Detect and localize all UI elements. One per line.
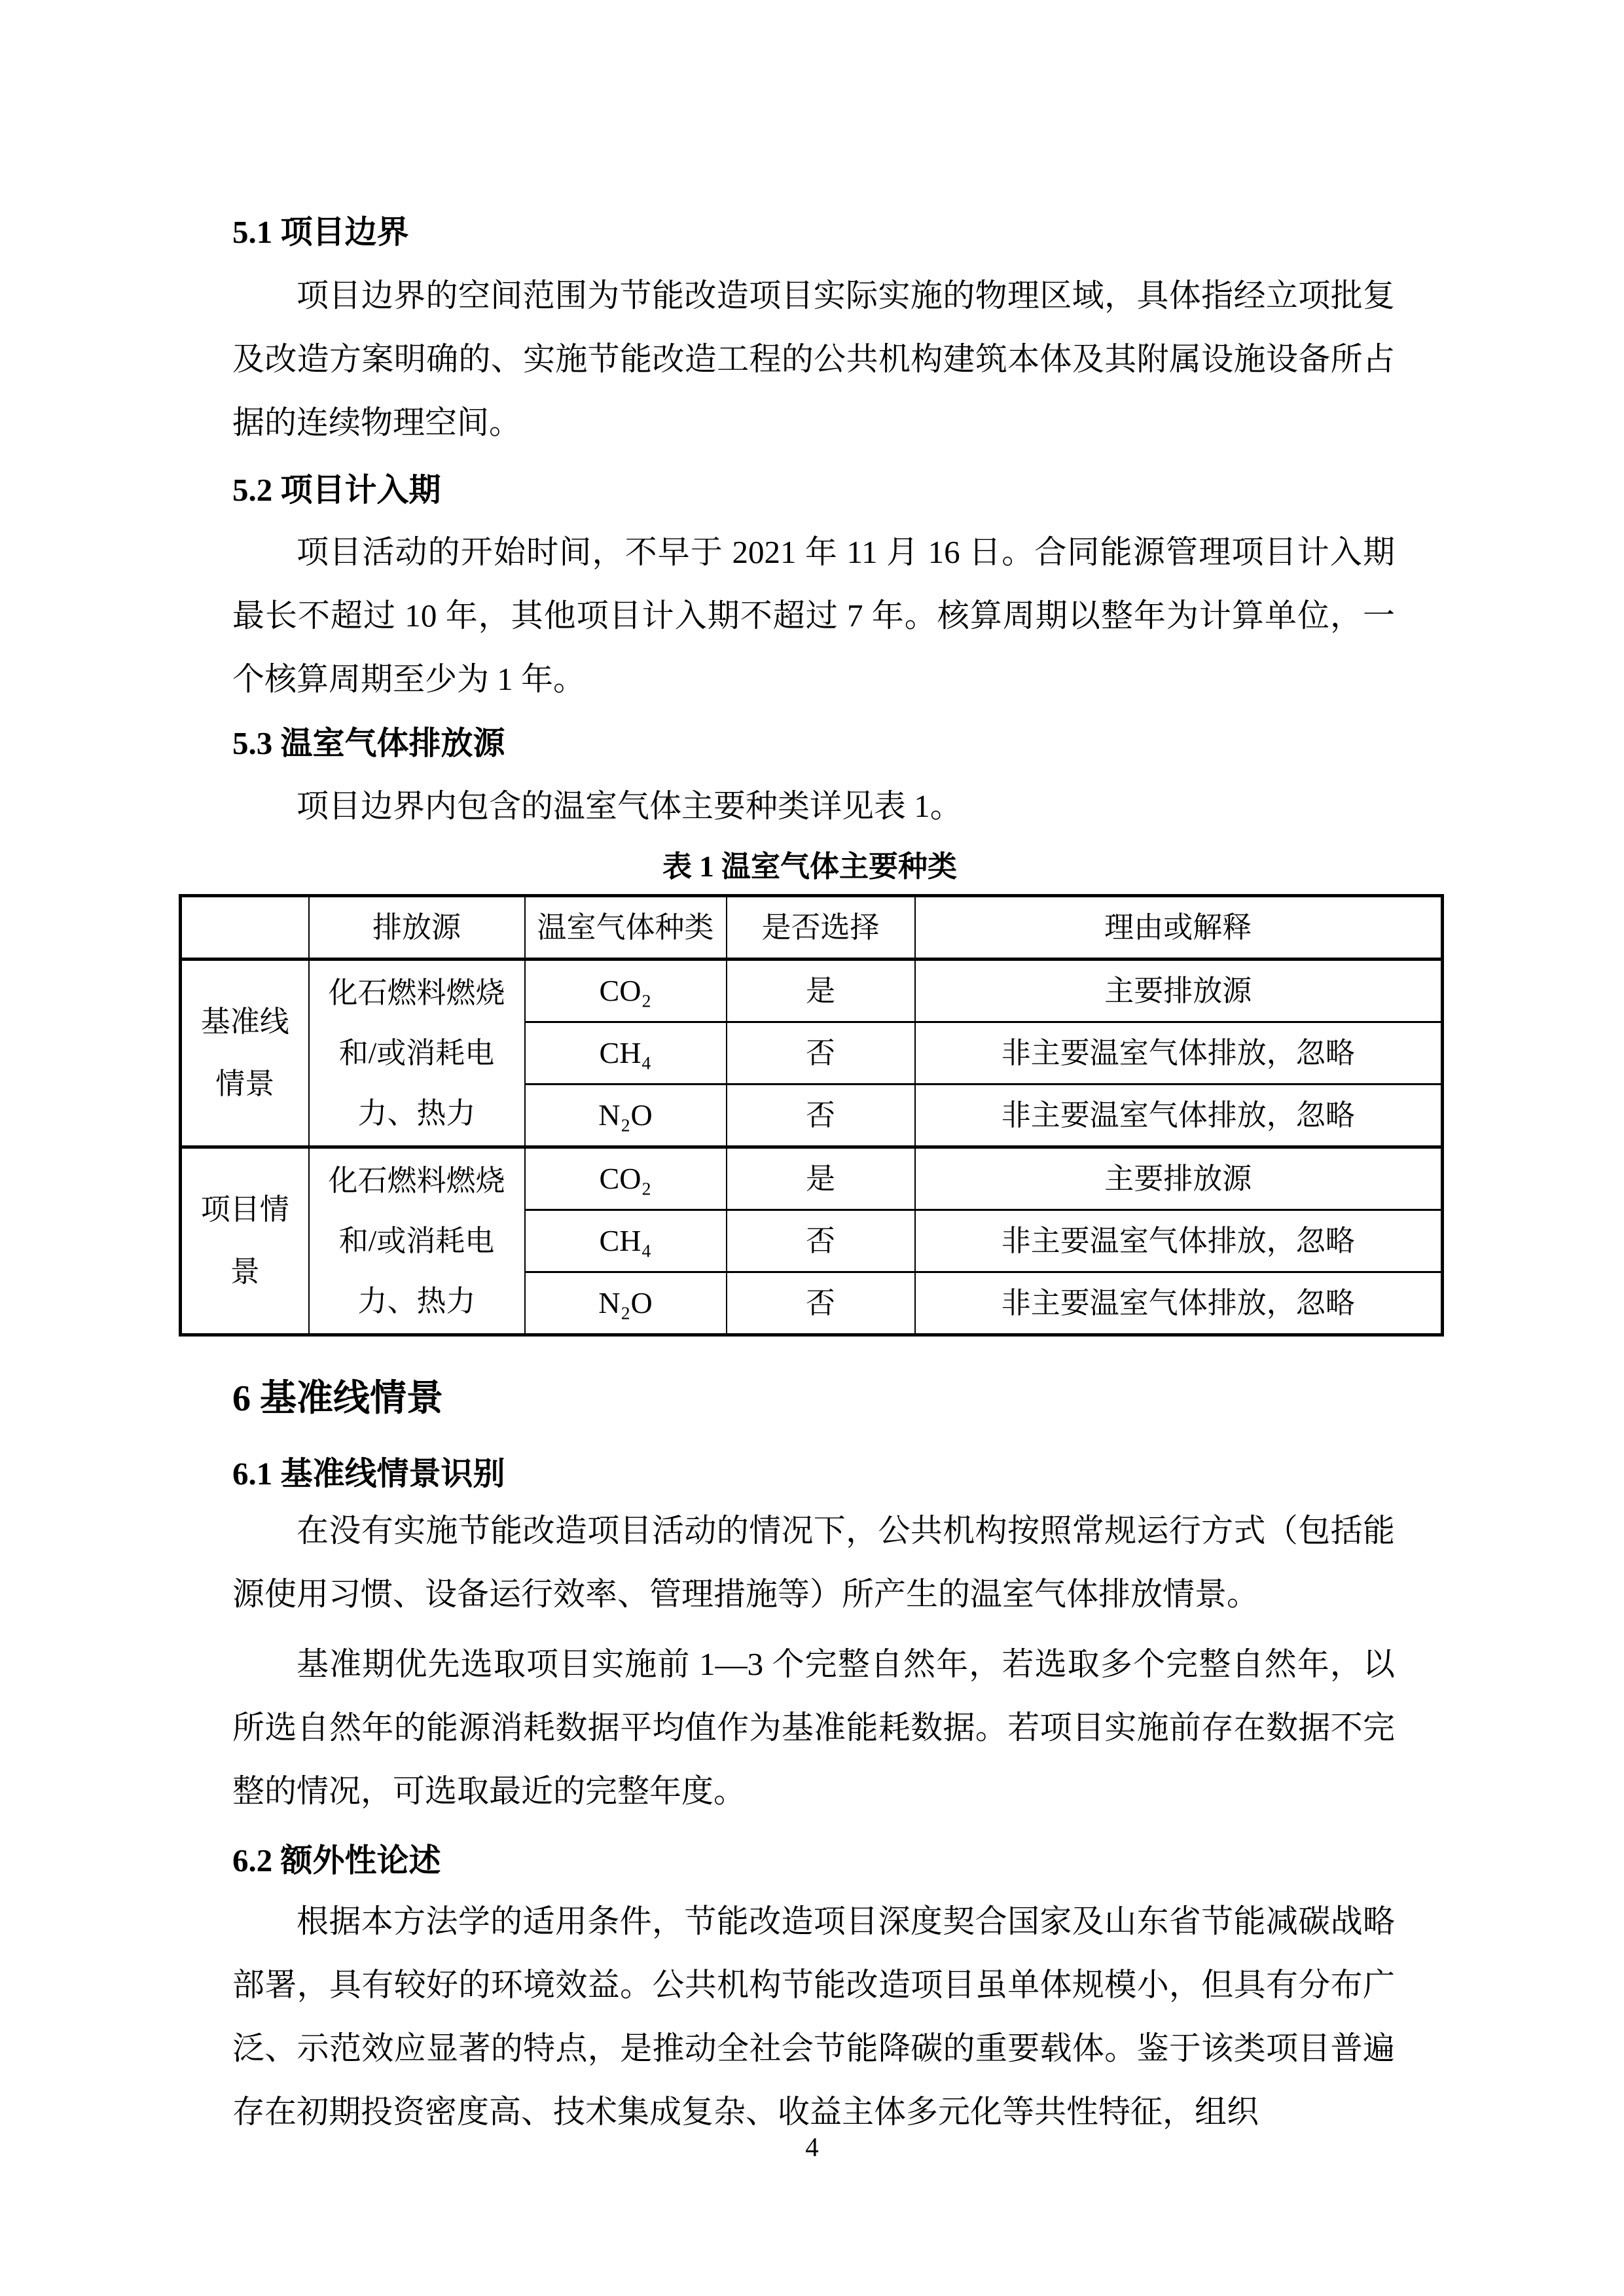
- table-header-row: 排放源 温室气体种类 是否选择 理由或解释: [181, 896, 1443, 960]
- selected-cell: 是: [727, 1147, 915, 1210]
- gas-cell: CO₂: [525, 1147, 727, 1210]
- document-page: 5.1 项目边界 项目边界的空间范围为节能改造项目实际实施的物理区域，具体指经立…: [0, 0, 1624, 2296]
- col-header-reason: 理由或解释: [915, 896, 1443, 960]
- paragraph-5-3: 项目边界内包含的温室气体主要种类详见表 1。: [232, 774, 1395, 838]
- gas-cell: N₂O: [525, 1085, 727, 1147]
- table-1-title: 表 1 温室气体主要种类: [179, 847, 1441, 886]
- paragraph-6-2: 根据本方法学的适用条件，节能改造项目深度契合国家及山东省节能减碳战略部署，具有较…: [232, 1890, 1395, 2144]
- gas-cell: CH₄: [525, 1210, 727, 1272]
- ghg-species-table: 排放源 温室气体种类 是否选择 理由或解释 基准线情景 化石燃料燃烧和/或消耗电…: [179, 894, 1444, 1336]
- reason-cell: 非主要温室气体排放，忽略: [915, 1272, 1443, 1335]
- heading-5-1: 5.1 项目边界: [232, 213, 1395, 252]
- paragraph-6-1-a: 在没有实施节能改造项目活动的情况下，公共机构按照常规运行方式（包括能源使用习惯、…: [232, 1499, 1395, 1626]
- page-content: 5.1 项目边界 项目边界的空间范围为节能改造项目实际实施的物理区域，具体指经立…: [232, 213, 1395, 2144]
- heading-6-1: 6.1 基准线情景识别: [232, 1454, 1395, 1494]
- scenario-cell-project: 项目情景: [181, 1147, 309, 1335]
- paragraph-6-1-b: 基准期优先选取项目实施前 1—3 个完整自然年，若选取多个完整自然年，以所选自然…: [232, 1632, 1395, 1823]
- col-header-ghg-type: 温室气体种类: [525, 896, 727, 960]
- reason-cell: 非主要温室气体排放，忽略: [915, 1085, 1443, 1147]
- heading-5-3: 5.3 温室气体排放源: [232, 724, 1395, 763]
- gas-cell: CO₂: [525, 960, 727, 1022]
- selected-cell: 是: [727, 960, 915, 1022]
- reason-cell: 主要排放源: [915, 960, 1443, 1022]
- heading-6: 6 基准线情景: [232, 1376, 1395, 1422]
- paragraph-5-2: 项目活动的开始时间，不早于 2021 年 11 月 16 日。合同能源管理项目计…: [232, 520, 1395, 711]
- gas-cell: CH₄: [525, 1022, 727, 1085]
- col-header-selected: 是否选择: [727, 896, 915, 960]
- gas-cell: N₂O: [525, 1272, 727, 1335]
- source-cell-baseline: 化石燃料燃烧和/或消耗电力、热力: [309, 960, 525, 1147]
- table-row: 基准线情景 化石燃料燃烧和/或消耗电力、热力 CO₂ 是 主要排放源: [181, 960, 1443, 1022]
- reason-cell: 非主要温室气体排放，忽略: [915, 1210, 1443, 1272]
- page-number: 4: [0, 2131, 1624, 2162]
- reason-cell: 主要排放源: [915, 1147, 1443, 1210]
- source-cell-project: 化石燃料燃烧和/或消耗电力、热力: [309, 1147, 525, 1335]
- selected-cell: 否: [727, 1022, 915, 1085]
- heading-5-2: 5.2 项目计入期: [232, 471, 1395, 510]
- selected-cell: 否: [727, 1210, 915, 1272]
- heading-6-2: 6.2 额外性论述: [232, 1841, 1395, 1880]
- selected-cell: 否: [727, 1272, 915, 1335]
- scenario-cell-baseline: 基准线情景: [181, 960, 309, 1147]
- selected-cell: 否: [727, 1085, 915, 1147]
- col-header-emission-source: 排放源: [309, 896, 525, 960]
- col-header-blank: [181, 896, 309, 960]
- table-row: 项目情景 化石燃料燃烧和/或消耗电力、热力 CO₂ 是 主要排放源: [181, 1147, 1443, 1210]
- reason-cell: 非主要温室气体排放，忽略: [915, 1022, 1443, 1085]
- paragraph-5-1: 项目边界的空间范围为节能改造项目实际实施的物理区域，具体指经立项批复及改造方案明…: [232, 264, 1395, 454]
